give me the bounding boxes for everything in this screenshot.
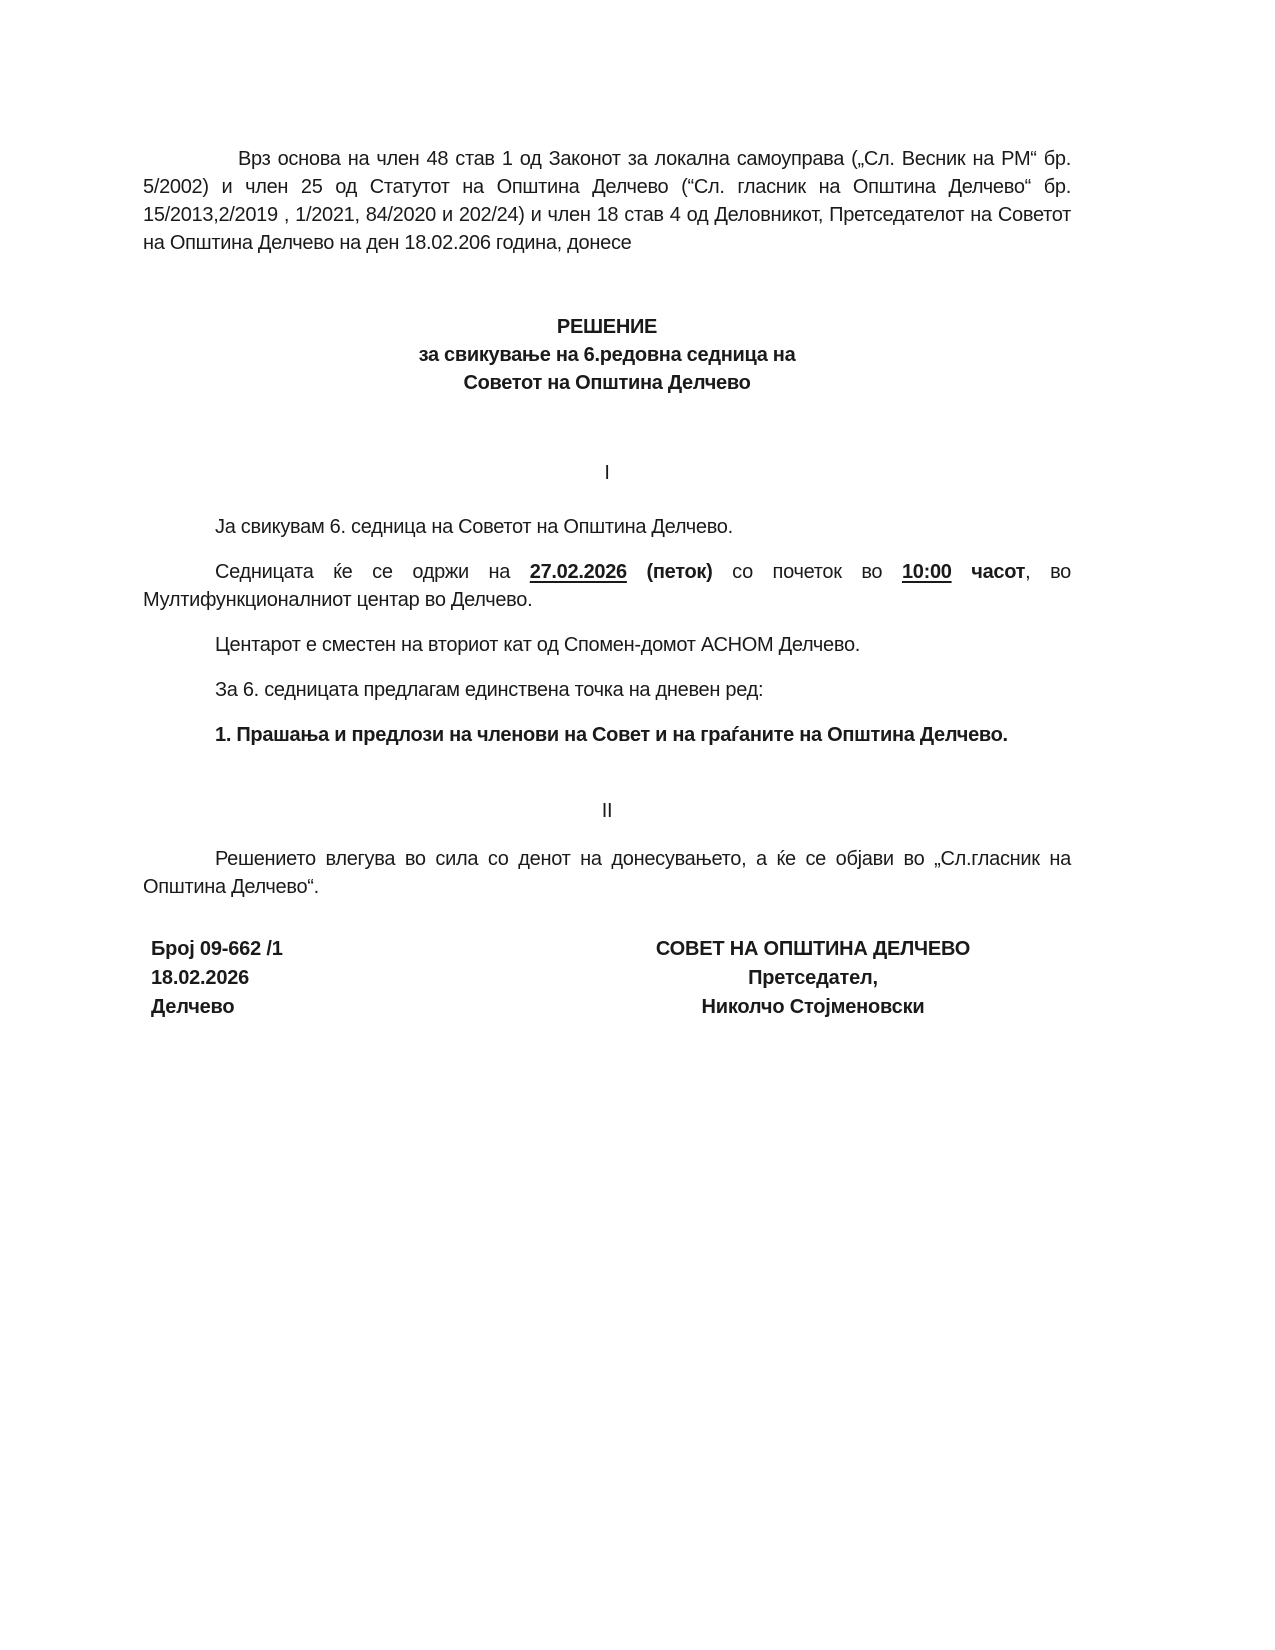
title-line-3: Советот на Општина Делчево xyxy=(143,369,1071,397)
agenda-intro-paragraph: За 6. седницата предлагам единствена точ… xyxy=(143,676,1071,704)
document-number: Број 09-662 /1 xyxy=(151,935,581,964)
signature-right-column: СОВЕТ НА ОПШТИНА ДЕЛЧЕВО Претседател, Ни… xyxy=(643,935,983,1022)
session-text-segment: Седницата ќе се одржи на xyxy=(215,561,530,583)
intro-paragraph: Врз основа на член 48 став 1 од Законот … xyxy=(143,145,1071,257)
document-place: Делчево xyxy=(151,993,581,1022)
session-text-segment: со почеток во xyxy=(712,561,901,583)
title-line-2: за свикување на 6.редовна седница на xyxy=(143,341,1071,369)
session-date-value: 27.02.2026 xyxy=(530,561,627,583)
closing-paragraph: Решението влегува во сила со денот на до… xyxy=(143,845,1071,901)
signature-left-column: Број 09-662 /1 18.02.2026 Делчево xyxy=(143,935,581,1022)
session-weekday-value: (петок) xyxy=(627,561,713,583)
session-paragraph: Седницата ќе се одржи на 27.02.2026 (пет… xyxy=(143,558,1071,614)
document-title: РЕШЕНИЕ за свикување на 6.редовна седниц… xyxy=(143,313,1071,397)
document-date: 18.02.2026 xyxy=(151,964,581,993)
signature-role: Претседател, xyxy=(643,964,983,993)
signature-block: Број 09-662 /1 18.02.2026 Делчево СОВЕТ … xyxy=(143,935,1071,1022)
document-page: Врз основа на член 48 став 1 од Законот … xyxy=(0,0,1275,1650)
section-1-marker: I xyxy=(143,459,1071,487)
signature-name: Николчо Стојменовски xyxy=(643,993,983,1022)
convene-paragraph: Ја свикувам 6. седница на Советот на Опш… xyxy=(143,513,1071,541)
session-time-value: 10:00 xyxy=(902,561,952,583)
title-line-1: РЕШЕНИЕ xyxy=(143,313,1071,341)
agenda-item-1: 1. Прашања и предлози на членови на Сове… xyxy=(143,721,1071,749)
signature-organization: СОВЕТ НА ОПШТИНА ДЕЛЧЕВО xyxy=(643,935,983,964)
document-content: Врз основа на член 48 став 1 од Законот … xyxy=(143,145,1071,1022)
section-2-marker: II xyxy=(143,797,1071,825)
session-time-label: часот xyxy=(952,561,1026,583)
location-paragraph: Центарот е сместен на вториот кат од Спо… xyxy=(143,631,1071,659)
